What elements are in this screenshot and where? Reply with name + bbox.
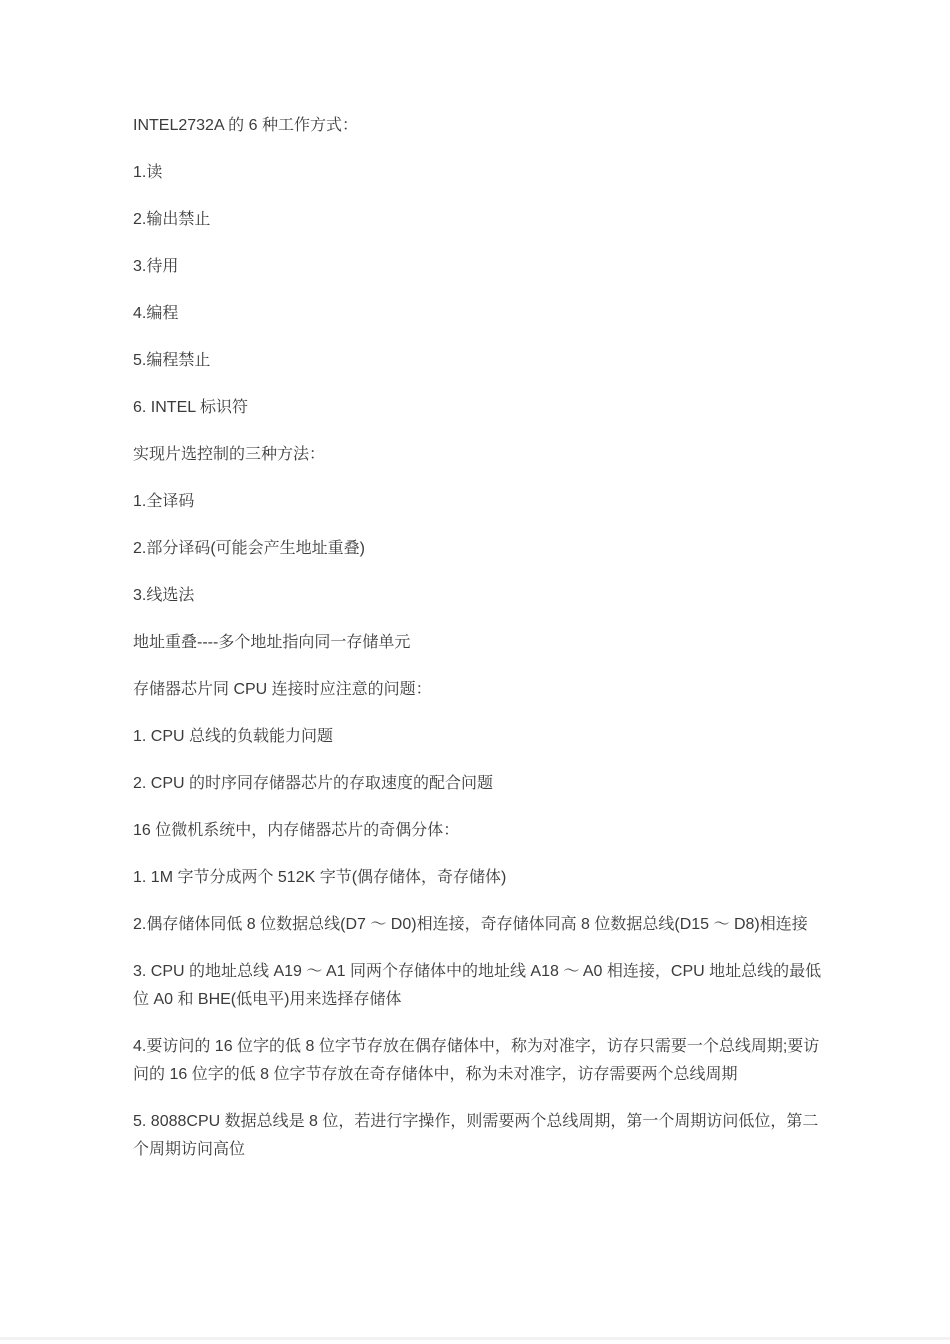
paragraph: 4.编程 xyxy=(133,300,823,328)
paragraph: 3. CPU 的地址总线 A19 ～ A1 同两个存储体中的地址线 A18 ～ … xyxy=(133,958,823,1014)
paragraph: 2. CPU 的时序同存储器芯片的存取速度的配合问题 xyxy=(133,770,823,798)
paragraph: 4.要访问的 16 位字的低 8 位字节存放在偶存储体中，称为对准字，访存只需要… xyxy=(133,1033,823,1089)
paragraph: 3.待用 xyxy=(133,253,823,281)
paragraph: INTEL2732A 的 6 种工作方式： xyxy=(133,112,823,140)
paragraph: 1.全译码 xyxy=(133,488,823,516)
paragraph: 实现片选控制的三种方法： xyxy=(133,441,823,469)
paragraph: 3.线选法 xyxy=(133,582,823,610)
paragraph: 1. CPU 总线的负载能力问题 xyxy=(133,723,823,751)
paragraph: 5.编程禁止 xyxy=(133,347,823,375)
paragraph: 1.读 xyxy=(133,159,823,187)
paragraph: 2.部分译码(可能会产生地址重叠) xyxy=(133,535,823,563)
paragraph: 16 位微机系统中，内存储器芯片的奇偶分体： xyxy=(133,817,823,845)
paragraph: 地址重叠----多个地址指向同一存储单元 xyxy=(133,629,823,657)
paragraph: 2.输出禁止 xyxy=(133,206,823,234)
paragraph: 存储器芯片同 CPU 连接时应注意的问题： xyxy=(133,676,823,704)
paragraph: 6. INTEL 标识符 xyxy=(133,394,823,422)
paragraph: 1. 1M 字节分成两个 512K 字节(偶存储体，奇存储体) xyxy=(133,864,823,892)
bottom-divider xyxy=(0,1337,950,1340)
article-body: INTEL2732A 的 6 种工作方式：1.读2.输出禁止3.待用4.编程5.… xyxy=(133,0,823,1164)
paragraph: 2.偶存储体同低 8 位数据总线(D7 ～ D0)相连接，奇存储体同高 8 位数… xyxy=(133,911,823,939)
paragraph: 5. 8088CPU 数据总线是 8 位，若进行字操作，则需要两个总线周期，第一… xyxy=(133,1108,823,1164)
